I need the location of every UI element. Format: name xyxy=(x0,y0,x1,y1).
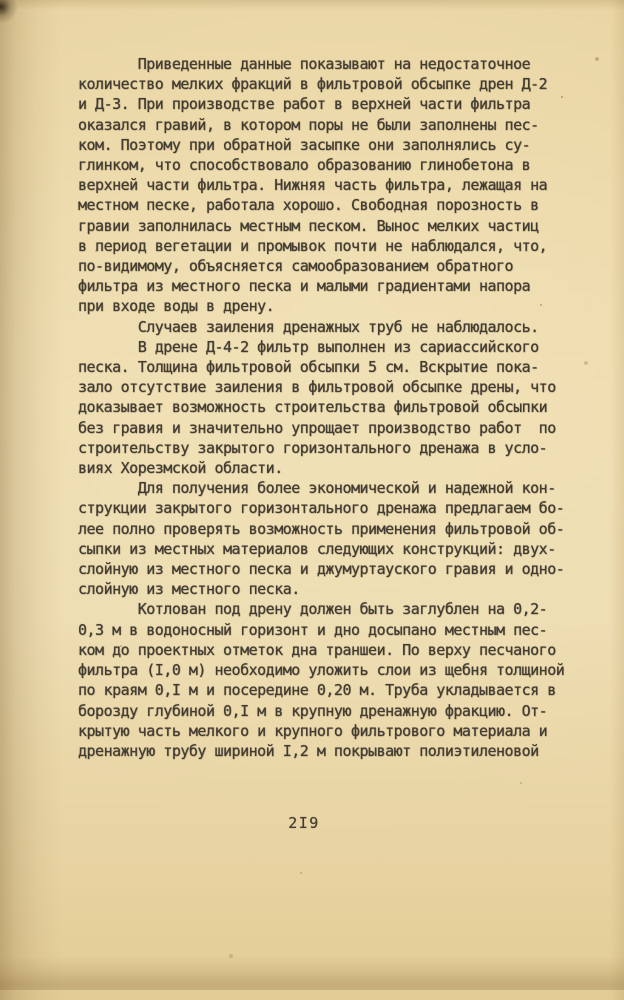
binding-shadow-left xyxy=(0,0,62,1000)
scanned-book-page: Приведенные данные показывают на недоста… xyxy=(0,0,624,1000)
paper-specks xyxy=(0,0,2,2)
typewritten-body-text: Приведенные данные показывают на недоста… xyxy=(78,54,578,761)
corner-dark-mark xyxy=(0,0,30,30)
page-number: 2I9 xyxy=(78,814,530,832)
page-edge-bottom-shadow xyxy=(0,956,624,990)
page-edge-top-shadow xyxy=(0,0,624,10)
page-edge-right-shadow xyxy=(610,0,624,1000)
next-page-edge-strip xyxy=(0,990,624,1000)
